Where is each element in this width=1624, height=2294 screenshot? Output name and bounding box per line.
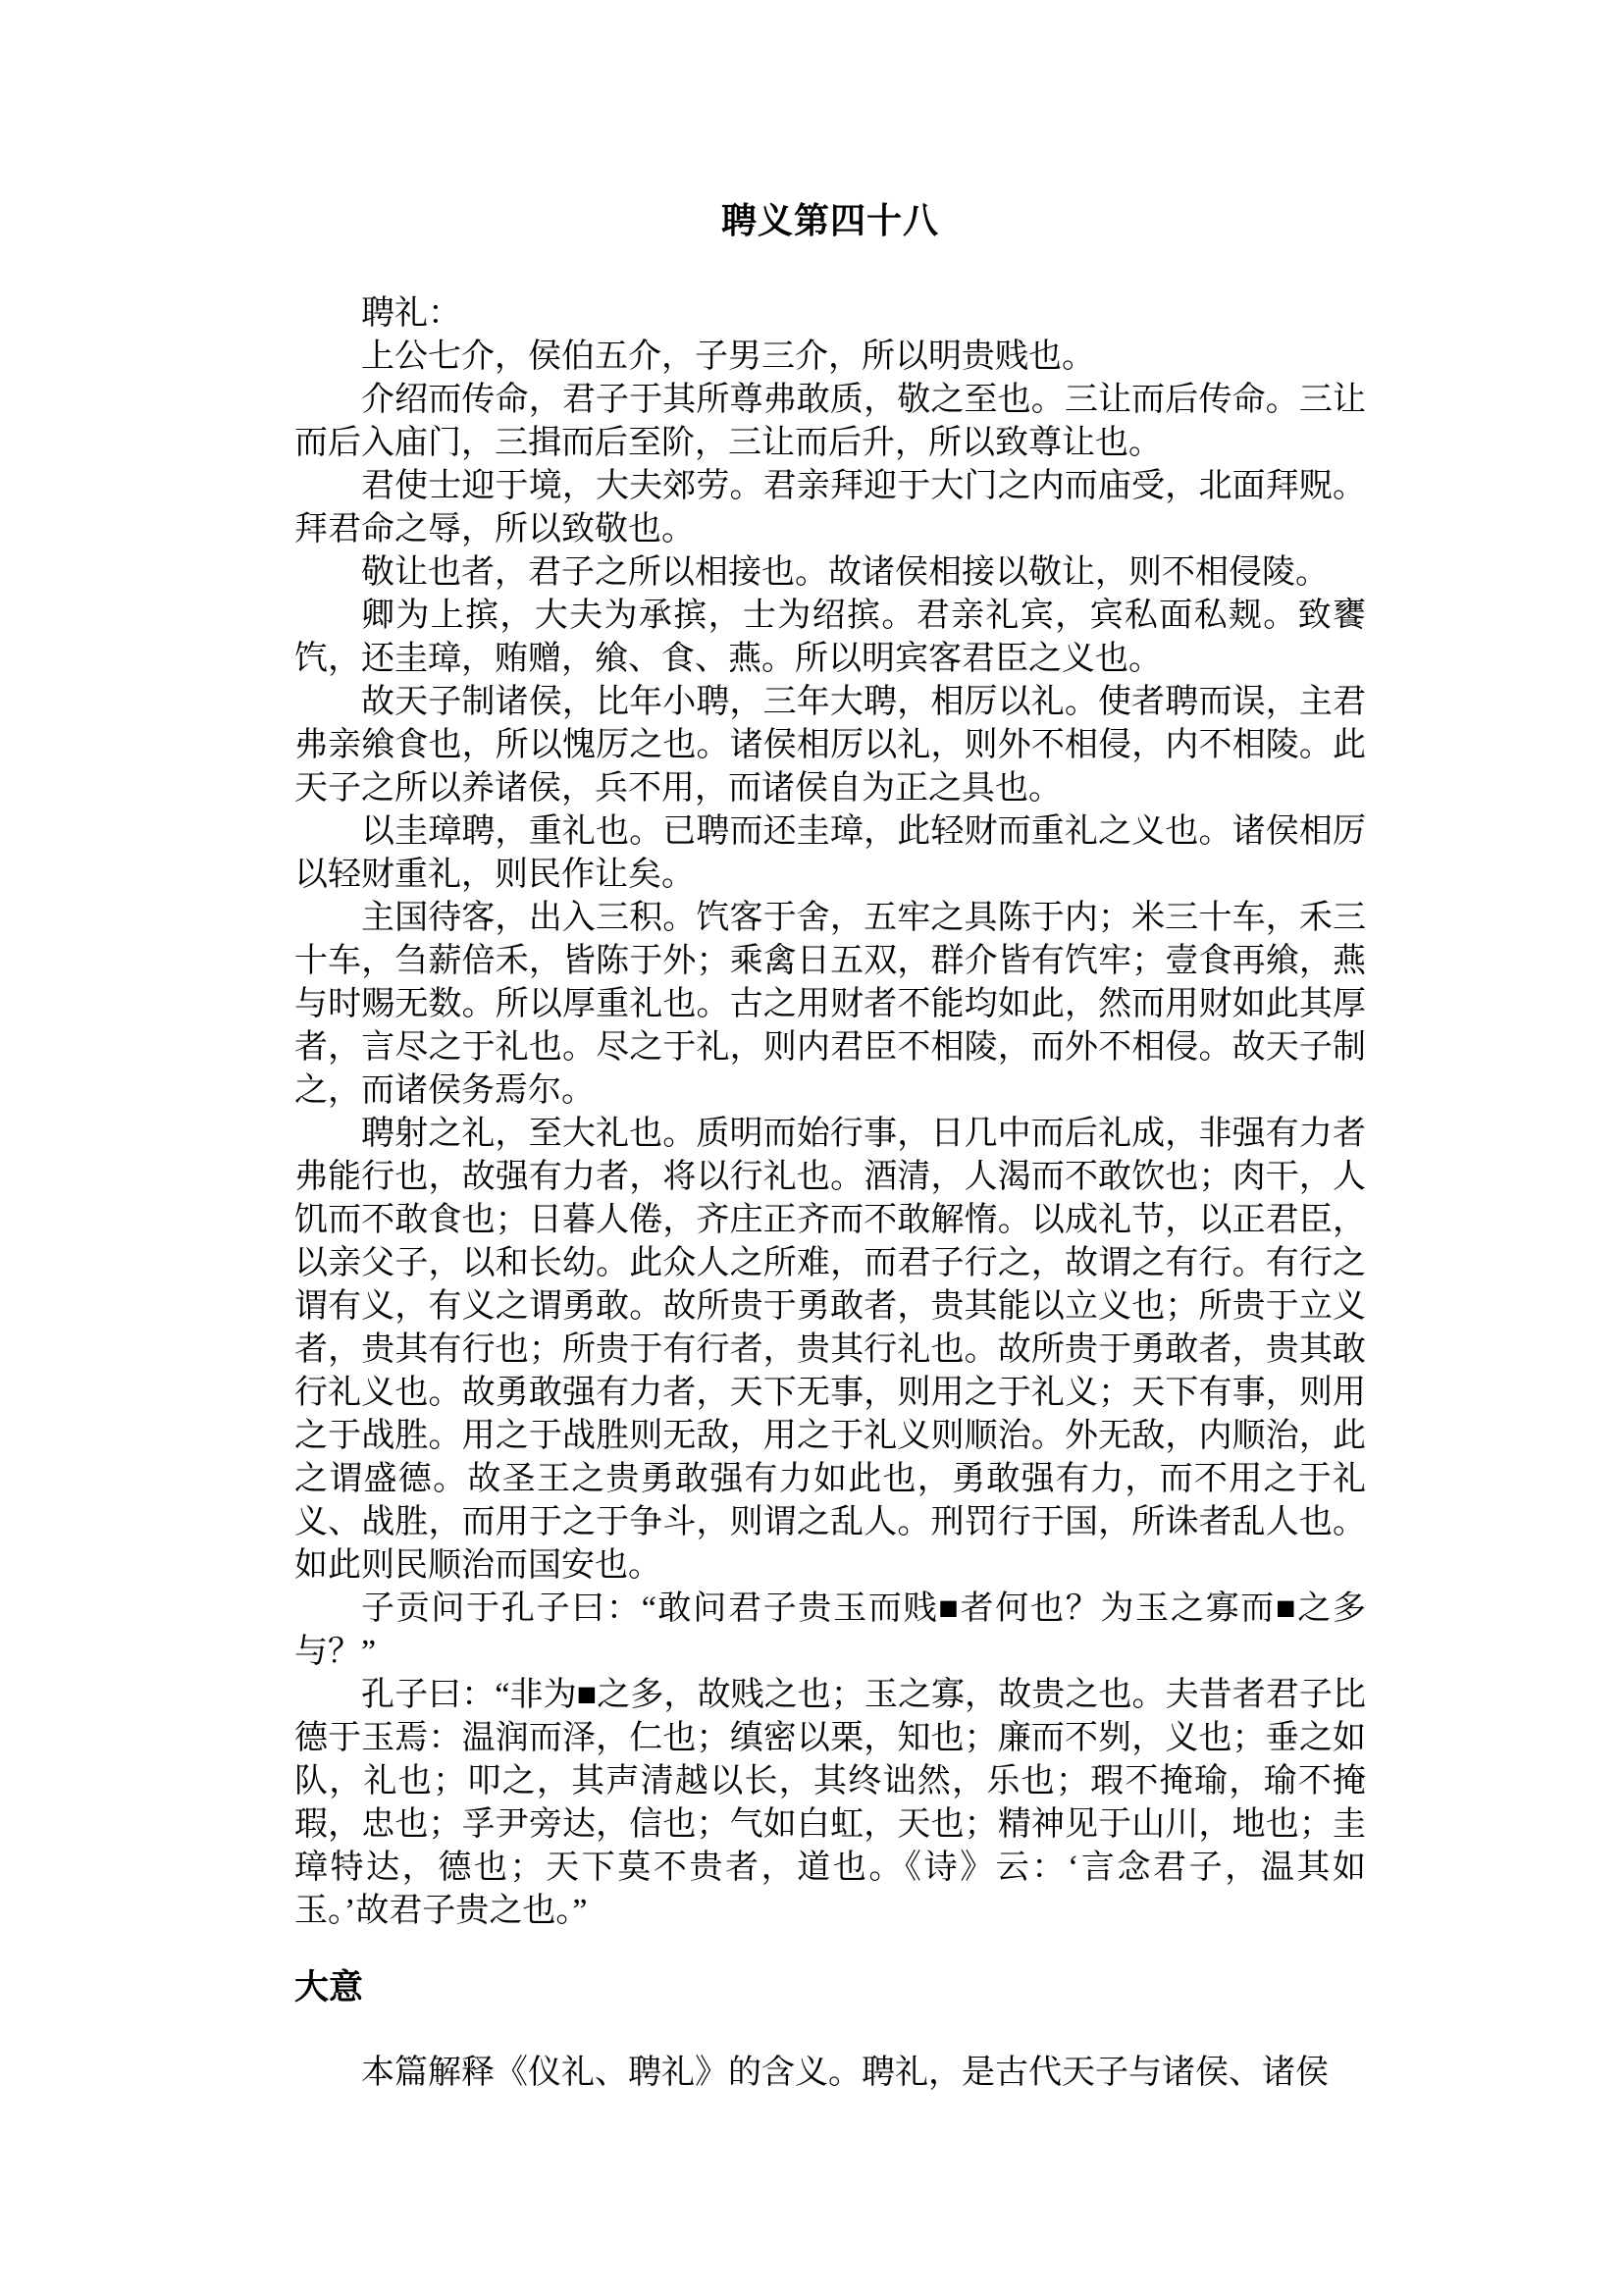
text-column: 聘义第四十八 聘礼：上公七介，侯伯五介，子男三介，所以明贵贱也。介绍而传命，君子… xyxy=(294,199,1366,2095)
paragraph: 聘射之礼，至大礼也。质明而始行事，日几中而后礼成，非强有力者弗能行也，故强有力者… xyxy=(294,1113,1366,1588)
page-title: 聘义第四十八 xyxy=(294,199,1366,242)
paragraph: 孔子曰：“非为■之多，故贱之也；玉之寡，故贵之也。夫昔者君子比德于玉焉：温润而泽… xyxy=(294,1674,1366,1933)
paragraph: 本篇解释《仪礼、聘礼》的含义。聘礼，是古代天子与诸侯、诸侯 xyxy=(294,2052,1366,2095)
paragraph: 上公七介，侯伯五介，子男三介，所以明贵贱也。 xyxy=(294,336,1366,379)
paragraph: 以圭璋聘，重礼也。已聘而还圭璋，此轻财而重礼之义也。诸侯相厉以轻财重礼，则民作让… xyxy=(294,810,1366,897)
paragraph: 聘礼： xyxy=(294,292,1366,336)
document-page: 聘义第四十八 聘礼：上公七介，侯伯五介，子男三介，所以明贵贱也。介绍而传命，君子… xyxy=(0,0,1624,2294)
paragraph: 敬让也者，君子之所以相接也。故诸侯相接以敬让，则不相侵陵。 xyxy=(294,551,1366,595)
paragraph: 介绍而传命，君子于其所尊弗敢质，敬之至也。三让而后传命。三让而后入庙门，三揖而后… xyxy=(294,379,1366,465)
paragraph: 子贡问于孔子曰：“敢问君子贵玉而贱■者何也？为玉之寡而■之多与？” xyxy=(294,1588,1366,1674)
paragraph: 卿为上摈，大夫为承摈，士为绍摈。君亲礼宾，宾私面私觌。致饔饩，还圭璋，贿赠，飨、… xyxy=(294,595,1366,681)
main-text: 聘礼：上公七介，侯伯五介，子男三介，所以明贵贱也。介绍而传命，君子于其所尊弗敢质… xyxy=(294,292,1366,1933)
section-heading: 大意 xyxy=(294,1966,1366,2009)
summary-text: 本篇解释《仪礼、聘礼》的含义。聘礼，是古代天子与诸侯、诸侯 xyxy=(294,2052,1366,2095)
paragraph: 故天子制诸侯，比年小聘，三年大聘，相厉以礼。使者聘而误，主君弗亲飨食也，所以愧厉… xyxy=(294,681,1366,810)
paragraph: 君使士迎于境，大夫郊劳。君亲拜迎于大门之内而庙受，北面拜贶。拜君命之辱，所以致敬… xyxy=(294,465,1366,551)
paragraph: 主国待客，出入三积。饩客于舍，五牢之具陈于内；米三十车，禾三十车，刍薪倍禾，皆陈… xyxy=(294,897,1366,1113)
